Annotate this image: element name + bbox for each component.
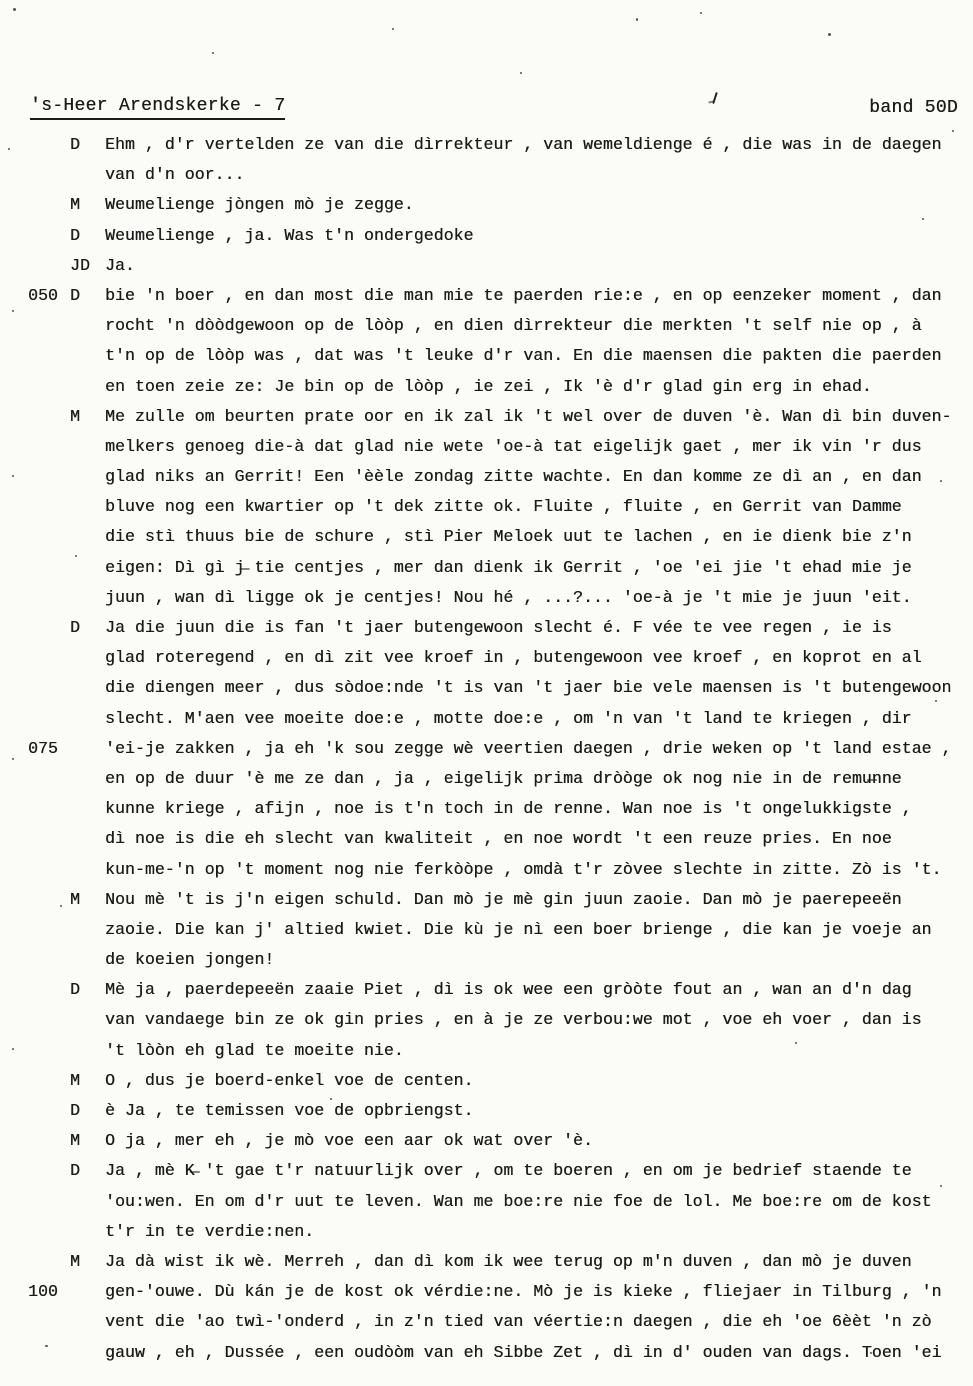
line-text: en toen zeie ze: Je bin op de lòòp , ie … [105,372,973,402]
speaker-label [70,1217,105,1247]
line-number [28,583,70,613]
speaker-label [70,583,105,613]
transcript-line: juun , wan dì ligge ok je centjes! Nou h… [0,583,973,613]
line-text: van d'n oor... [105,160,973,190]
transcript-line: MO ja , mer eh , je mò voe een aar ok wa… [0,1126,973,1156]
transcript-line: van vandaege bin ze ok gin pries , en à … [0,1005,973,1035]
line-text: slecht. M'aen vee moeite doe:e , motte d… [105,704,973,734]
speaker-label [70,462,105,492]
transcript-line: DEhm , d'r vertelden ze van die dìrrekte… [0,130,973,160]
speaker-label [70,372,105,402]
speaker-label [70,341,105,371]
transcript: DEhm , d'r vertelden ze van die dìrrekte… [0,130,973,1368]
transcript-line: MMe zulle om beurten prate oor en ik zal… [0,402,973,432]
page-title: 's-Heer Arendskerke - 7 [30,96,285,120]
transcript-line: glad niks an Gerrit! Een 'èèle zondag zi… [0,462,973,492]
speaker-label [70,915,105,945]
line-number [28,1307,70,1337]
transcript-line: MO , dus je boerd-enkel voe de centen. [0,1066,973,1096]
line-text: dì noe is die eh slecht van kwaliteit , … [105,824,973,854]
line-text: Ja. [105,251,973,281]
speaker-label [70,522,105,552]
speaker-label [70,1338,105,1368]
speaker-label [70,945,105,975]
speaker-label: M [70,402,105,432]
transcript-line: van d'n oor... [0,160,973,190]
line-text: kunne kriege , afijn , noe is t'n toch i… [105,794,973,824]
speaker-label [70,704,105,734]
line-text: kun-me-'n op 't moment nog nie ferkòòpe … [105,855,973,885]
transcript-line: DWeumelienge , ja. Was t'n ondergedoke [0,221,973,251]
speaker-label [70,1036,105,1066]
transcript-line: DMè ja , paerdepeeën zaaie Piet , dì is … [0,975,973,1005]
line-number [28,855,70,885]
line-text: 'ei-je zakken , ja eh 'k sou zegge wè ve… [105,734,973,764]
line-text: Ja , mè K̶ 't gae t'r natuurlijk over , … [105,1156,973,1186]
speaker-label [70,553,105,583]
line-text: glad niks an Gerrit! Een 'èèle zondag zi… [105,462,973,492]
line-text: melkers genoeg die-à dat glad nie wete '… [105,432,973,462]
line-number [28,311,70,341]
speaker-label [70,1005,105,1035]
line-text: t'r in te verdie:nen. [105,1217,973,1247]
line-number [28,1005,70,1035]
transcript-line: gauw , eh , Dussée , een oudòòm van eh S… [0,1338,973,1368]
transcript-line: Dè Ja , te temissen voe de opbriengst. [0,1096,973,1126]
transcript-line: 'ou:wen. En om d'r uut te leven. Wan me … [0,1187,973,1217]
line-number: 075 [28,734,70,764]
line-number [28,492,70,522]
line-text: Ehm , d'r vertelden ze van die dìrrekteu… [105,130,973,160]
speaker-label: D [70,281,105,311]
line-number [28,643,70,673]
speaker-label [70,1277,105,1307]
line-number: 100 [28,1277,70,1307]
line-text: Weumelienge , ja. Was t'n ondergedoke [105,221,973,251]
speaker-label: D [70,975,105,1005]
transcript-line: slecht. M'aen vee moeite doe:e , motte d… [0,704,973,734]
line-text: eigen: Dì gì j̶ tie centjes , mer dan di… [105,553,973,583]
line-text: O , dus je boerd-enkel voe de centen. [105,1066,973,1096]
transcript-line: kun-me-'n op 't moment nog nie ferkòòpe … [0,855,973,885]
line-number [28,975,70,1005]
line-number [28,341,70,371]
line-number [28,1126,70,1156]
line-text: van vandaege bin ze ok gin pries , en à … [105,1005,973,1035]
line-text: rocht 'n dòòdgewoon op de lòòp , en dien… [105,311,973,341]
line-number [28,372,70,402]
line-number [28,915,70,945]
line-text: t'n op de lòòp was , dat was 't leuke d'… [105,341,973,371]
line-text: è Ja , te temissen voe de opbriengst. [105,1096,973,1126]
line-text: Ja dà wist ik wè. Merreh , dan dì kom ik… [105,1247,973,1277]
line-number: 050 [28,281,70,311]
line-number [28,160,70,190]
speaker-label: M [70,1066,105,1096]
speaker-label: D [70,1096,105,1126]
line-number [28,824,70,854]
line-number [28,1096,70,1126]
line-number [28,522,70,552]
transcript-line: en op de duur 'è me ze dan , ja , eigeli… [0,764,973,794]
transcript-line: zaoie. Die kan j' altied kwiet. Die kù j… [0,915,973,945]
transcript-line: kunne kriege , afijn , noe is t'n toch i… [0,794,973,824]
speaker-label [70,432,105,462]
speaker-label: D [70,130,105,160]
speaker-label: JD [70,251,105,281]
line-text: die stì thuus bie de schure , stì Pier M… [105,522,973,552]
line-text: 't lòòn eh glad te moeite nie. [105,1036,973,1066]
line-number [28,130,70,160]
line-text: die diengen meer , dus sòdoe:nde 't is v… [105,673,973,703]
line-number [28,764,70,794]
line-number [28,1217,70,1247]
speaker-label [70,673,105,703]
line-text: O ja , mer eh , je mò voe een aar ok wat… [105,1126,973,1156]
transcript-line: 100gen-'ouwe. Dù kán je de kost ok vérdi… [0,1277,973,1307]
speaker-label: M [70,1126,105,1156]
line-text: juun , wan dì ligge ok je centjes! Nou h… [105,583,973,613]
transcript-line: 075'ei-je zakken , ja eh 'k sou zegge wè… [0,734,973,764]
speaker-label: D [70,613,105,643]
line-text: zaoie. Die kan j' altied kwiet. Die kù j… [105,915,973,945]
line-text: bluve nog een kwartier op 't dek zitte o… [105,492,973,522]
speaker-label [70,794,105,824]
transcript-line: die stì thuus bie de schure , stì Pier M… [0,522,973,552]
line-number [28,1338,70,1368]
transcript-line: JDJa. [0,251,973,281]
line-number [28,251,70,281]
speaker-label [70,492,105,522]
line-number [28,945,70,975]
speaker-label: D [70,221,105,251]
transcript-line: en toen zeie ze: Je bin op de lòòp , ie … [0,372,973,402]
transcript-line: die diengen meer , dus sòdoe:nde 't is v… [0,673,973,703]
line-text: de koeien jongen! [105,945,973,975]
line-number [28,402,70,432]
line-text: gauw , eh , Dussée , een oudòòm van eh S… [105,1338,973,1368]
transcript-line: glad roteregend , en dì zit vee kroef in… [0,643,973,673]
line-number [28,432,70,462]
speaker-label [70,764,105,794]
speaker-label: M [70,190,105,220]
line-number [28,794,70,824]
transcript-line: bluve nog een kwartier op 't dek zitte o… [0,492,973,522]
transcript-line: de koeien jongen! [0,945,973,975]
speaker-label: M [70,1247,105,1277]
transcript-line: DJa die juun die is fan 't jaer butengew… [0,613,973,643]
speaker-label [70,643,105,673]
transcript-line: 050Dbie 'n boer , en dan most die man mi… [0,281,973,311]
speaker-label [70,824,105,854]
line-text: 'ou:wen. En om d'r uut te leven. Wan me … [105,1187,973,1217]
line-number [28,704,70,734]
speaker-label [70,734,105,764]
line-text: glad roteregend , en dì zit vee kroef in… [105,643,973,673]
transcript-line: vent die 'ao twì-'onderd , in z'n tied v… [0,1307,973,1337]
line-text: bie 'n boer , en dan most die man mie te… [105,281,973,311]
line-number [28,673,70,703]
transcript-line: rocht 'n dòòdgewoon op de lòòp , en dien… [0,311,973,341]
line-text: gen-'ouwe. Dù kán je de kost ok vérdie:n… [105,1277,973,1307]
line-number [28,885,70,915]
line-text: Me zulle om beurten prate oor en ik zal … [105,402,973,432]
transcript-line: t'n op de lòòp was , dat was 't leuke d'… [0,341,973,371]
line-number [28,1187,70,1217]
line-number [28,1247,70,1277]
speaker-label [70,311,105,341]
speaker-label: D [70,1156,105,1186]
line-text: vent die 'ao twì-'onderd , in z'n tied v… [105,1307,973,1337]
line-text: Nou mè 't is j'n eigen schuld. Dan mò je… [105,885,973,915]
speaker-label: M [70,885,105,915]
line-number [28,1036,70,1066]
line-text: Ja die juun die is fan 't jaer butengewo… [105,613,973,643]
line-number [28,462,70,492]
speaker-label [70,1187,105,1217]
scan-mark [712,92,718,104]
speaker-label [70,1307,105,1337]
transcript-line: MJa dà wist ik wè. Merreh , dan dì kom i… [0,1247,973,1277]
line-number [28,553,70,583]
line-text: Weumelienge jòngen mò je zegge. [105,190,973,220]
transcript-line: 't lòòn eh glad te moeite nie. [0,1036,973,1066]
transcript-line: MNou mè 't is j'n eigen schuld. Dan mò j… [0,885,973,915]
line-text: en op de duur 'è me ze dan , ja , eigeli… [105,764,973,794]
line-number [28,221,70,251]
transcript-line: t'r in te verdie:nen. [0,1217,973,1247]
scanned-transcript-page: 's-Heer Arendskerke - 7 band 50D DEhm , … [0,0,973,1386]
transcript-line: dì noe is die eh slecht van kwaliteit , … [0,824,973,854]
line-number [28,1066,70,1096]
transcript-line: DJa , mè K̶ 't gae t'r natuurlijk over ,… [0,1156,973,1186]
transcript-line: eigen: Dì gì j̶ tie centjes , mer dan di… [0,553,973,583]
transcript-line: melkers genoeg die-à dat glad nie wete '… [0,432,973,462]
speaker-label [70,160,105,190]
speaker-label [70,855,105,885]
line-text: Mè ja , paerdepeeën zaaie Piet , dì is o… [105,975,973,1005]
transcript-line: MWeumelienge jòngen mò je zegge. [0,190,973,220]
band-label: band 50D [869,98,958,118]
line-number [28,1156,70,1186]
line-number [28,190,70,220]
line-number [28,613,70,643]
